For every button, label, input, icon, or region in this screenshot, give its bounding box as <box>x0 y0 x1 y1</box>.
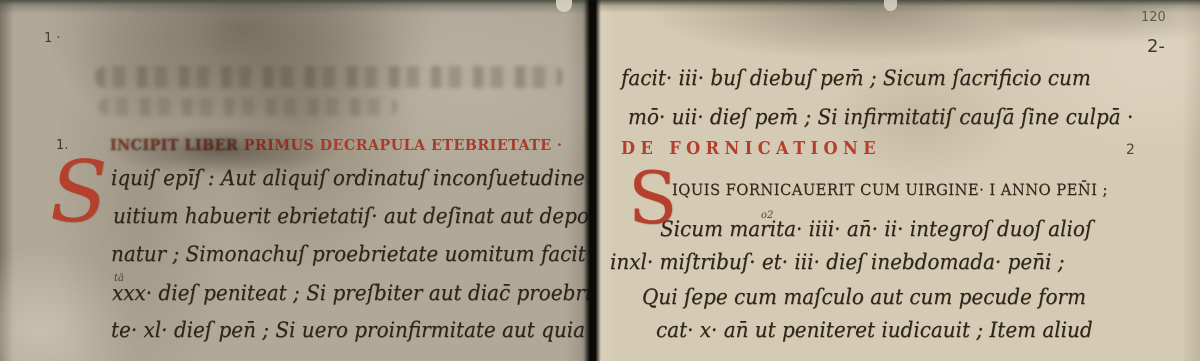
erased-text-smudge <box>95 66 563 88</box>
text-line: xxx· dieſ peniteat ; Si preſbiter aut di… <box>112 283 623 304</box>
folio-number-120: 120 <box>1141 11 1166 24</box>
interlinear-gloss-right: o2 <box>761 211 773 221</box>
text-line: Sicum marita· iiii· an̄· ii· integroſ du… <box>660 219 1092 240</box>
manuscript-page-right: 120 2- 2 facit· iii· buſ diebuſ pem̄ ; S… <box>591 0 1200 361</box>
text-line: te· xl· dieſ pen̄ ; Si uero proinfirmita… <box>111 320 623 341</box>
text-line: Qui ſepe cum maſculo aut cum pecude form <box>642 287 1086 308</box>
folio-number-left-top: 1 · <box>44 32 61 45</box>
manuscript-page-left: 1 · 1. INCIPIT LIBER PRIMUS DECRAPULA ET… <box>0 0 591 361</box>
decorated-initial-s-right: S <box>628 162 677 234</box>
text-line: uitium habuerit ebrietatiſ· aut deſinat … <box>113 206 589 227</box>
text-line-capitals: IQUIS FORNICAUERIT CUM UIRGINE· I ANNO P… <box>672 182 1108 198</box>
manuscript-photo: 1 · 1. INCIPIT LIBER PRIMUS DECRAPULA ET… <box>0 0 1200 361</box>
text-line: mō· uii· dieſ pem̄ ; Si infirmitatiſ cau… <box>628 107 1133 128</box>
ink-smear-overlay <box>92 112 382 184</box>
text-line: inxl· miſtribuſ· et· iii· dieſ inebdomad… <box>610 252 1064 273</box>
text-line: natur ; Simonachuſ proebrietate uomitum … <box>111 244 586 265</box>
interlinear-gloss-left: tā <box>114 274 124 284</box>
margin-number-right: 2 <box>1126 143 1135 157</box>
pencil-number-2: 2- <box>1147 38 1165 56</box>
binding-gutter <box>584 0 601 361</box>
rubric-de-fornicatione: DE FORNICATIONE <box>621 140 881 158</box>
text-line: facit· iii· buſ diebuſ pem̄ ; Sicum ſacr… <box>621 68 1091 89</box>
text-line: cat· x· an̄ ut peniteret iudicauit ; Ite… <box>656 320 1093 341</box>
